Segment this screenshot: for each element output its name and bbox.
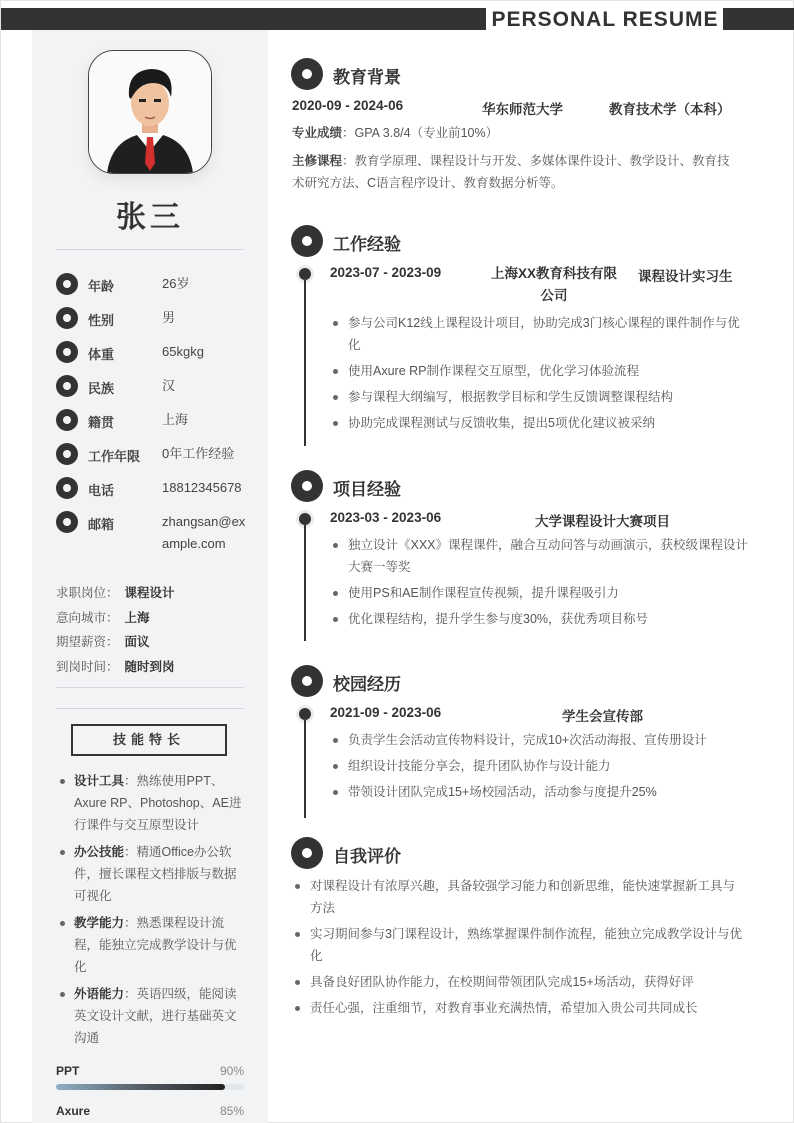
gpa-value: ：GPA 3.8/4（专业前10%） — [342, 126, 498, 140]
circle-dot-icon — [56, 341, 78, 363]
info-row-age: 年龄 26岁 — [56, 272, 256, 296]
divider — [56, 249, 244, 250]
skill-item: 教学能力：熟悉课程设计流程，能独立完成教学设计与优化 — [56, 912, 246, 978]
bullet-item: 实习期间参与3门课程设计，熟练掌握课件制作流程，能独立完成教学设计与优化 — [292, 923, 742, 967]
education-major: 教育技术学（本科） — [609, 98, 731, 118]
circle-dot-icon — [56, 273, 78, 295]
info-label: 民族 — [88, 378, 114, 397]
info-value: 26岁 — [162, 273, 252, 295]
skill-bar-track — [56, 1084, 244, 1090]
section-title: 校园经历 — [333, 670, 401, 695]
campus-org: 学生会宣传部 — [562, 705, 643, 725]
skill-bar-fill — [56, 1084, 225, 1090]
education-school: 华东师范大学 — [482, 98, 563, 118]
courses-value: ：教育学原理、课程设计与开发、多媒体课件设计、教学设计、教育技术研究方法、C语言… — [292, 154, 730, 190]
info-row-gender: 性别 男 — [56, 306, 256, 330]
avatar — [88, 50, 212, 174]
skill-key: 外语能力 — [74, 987, 124, 1001]
project-period: 2023-03 - 2023-06 — [330, 510, 441, 525]
skill-key: 设计工具 — [74, 774, 124, 788]
skill-bar-percent: 85% — [220, 1104, 244, 1118]
circle-dot-icon — [56, 477, 78, 499]
full-name: 张三 — [32, 192, 268, 236]
job-intent-value: 随时到岗 — [125, 660, 175, 674]
divider — [56, 687, 244, 688]
timeline-dot-icon — [299, 268, 311, 280]
bullet-item: 具备良好团队协作能力，在校期间带领团队完成15+场活动，获得好评 — [292, 971, 742, 993]
section-circle-icon — [291, 470, 323, 502]
avatar-portrait-icon — [89, 51, 211, 173]
job-intent-value: 面议 — [125, 635, 150, 649]
skill-bar-axure: Axure 85% — [56, 1104, 244, 1118]
skill-item: 外语能力：英语四级，能阅读英文设计文献，进行基础英文沟通 — [56, 983, 246, 1049]
job-intent-label: 期望薪资： — [56, 635, 119, 649]
header-bar-right — [723, 8, 794, 30]
circle-dot-icon — [56, 443, 78, 465]
project-bullets: 独立设计《XXX》课程课件，融合互动问答与动画演示，获校级课程设计大赛一等奖 使… — [330, 534, 750, 634]
timeline-line — [304, 280, 306, 446]
section-circle-icon — [291, 665, 323, 697]
job-intent-start-date: 到岗时间：随时到岗 — [56, 657, 175, 675]
job-intent-label: 求职岗位： — [56, 586, 119, 600]
bullet-item: 责任心强，注重细节，对教育事业充满热情，希望加入贵公司共同成长 — [292, 997, 742, 1019]
self-eval-bullets: 对课程设计有浓厚兴趣，具备较强学习能力和创新思维，能快速掌握新工具与方法 实习期… — [292, 875, 742, 1023]
sidebar: 张三 年龄 26岁 性别 男 体重 65kgkg 民族 汉 籍贯 上海 — [32, 30, 268, 1123]
skill-bar-name: PPT — [56, 1064, 79, 1078]
bullet-item: 对课程设计有浓厚兴趣，具备较强学习能力和创新思维，能快速掌握新工具与方法 — [292, 875, 742, 919]
bullet-item: 参与课程大纲编写，根据教学目标和学生反馈调整课程结构 — [330, 386, 750, 408]
bullet-item: 参与公司K12线上课程设计项目，协助完成3门核心课程的课件制作与优化 — [330, 312, 750, 356]
header-bar-left — [1, 8, 486, 30]
info-label: 电话 — [88, 480, 114, 499]
info-row-ethnicity: 民族 汉 — [56, 374, 256, 398]
info-label: 籍贯 — [88, 412, 114, 431]
gpa-label: 专业成绩 — [292, 126, 342, 140]
skill-key: 教学能力 — [74, 916, 124, 930]
bullet-item: 使用Axure RP制作课程交互原型，优化学习体验流程 — [330, 360, 750, 382]
bullet-item: 优化课程结构，提升学生参与度30%，获优秀项目称号 — [330, 608, 750, 630]
info-label: 性别 — [88, 310, 114, 329]
info-value: 65kgkg — [162, 341, 252, 363]
campus-period: 2021-09 - 2023-06 — [330, 705, 441, 720]
circle-dot-icon — [56, 307, 78, 329]
info-label: 体重 — [88, 344, 114, 363]
skill-bar-ppt: PPT 90% — [56, 1064, 244, 1078]
info-label: 年龄 — [88, 276, 114, 295]
work-period: 2023-07 - 2023-09 — [330, 265, 441, 280]
job-intent-salary: 期望薪资：面议 — [56, 632, 150, 650]
section-title: 自我评价 — [333, 842, 401, 867]
bullet-item: 协助完成课程测试与反馈收集，提出5项优化建议被采纳 — [330, 412, 750, 434]
work-company: 上海XX教育科技有限公司 — [490, 263, 618, 307]
project-name: 大学课程设计大赛项目 — [535, 510, 670, 530]
education-gpa: 专业成绩：GPA 3.8/4（专业前10%） — [292, 122, 742, 144]
timeline-dot-icon — [299, 513, 311, 525]
job-intent-position: 求职岗位：课程设计 — [56, 583, 175, 601]
info-label: 工作年限 — [88, 446, 140, 465]
work-bullets: 参与公司K12线上课程设计项目，协助完成3门核心课程的课件制作与优化 使用Axu… — [330, 312, 750, 438]
info-value: 汉 — [162, 375, 252, 397]
section-circle-icon — [291, 58, 323, 90]
education-courses: 主修课程：教育学原理、课程设计与开发、多媒体课件设计、教学设计、教育技术研究方法… — [292, 150, 742, 194]
work-role: 课程设计实习生 — [638, 265, 733, 285]
section-title: 项目经验 — [333, 475, 401, 500]
main-content: 教育背景 2020-09 - 2024-06 华东师范大学 教育技术学（本科） … — [268, 30, 768, 1123]
job-intent-value: 上海 — [125, 611, 150, 625]
circle-dot-icon — [56, 409, 78, 431]
skills-list: 设计工具：熟练使用PPT、Axure RP、Photoshop、AE进行课件与交… — [56, 770, 246, 1054]
section-title: 工作经验 — [333, 230, 401, 255]
info-value: 18812345678 — [162, 477, 252, 499]
skill-key: 办公技能 — [74, 845, 124, 859]
campus-bullets: 负责学生会活动宣传物料设计，完成10+次活动海报、宣传册设计 组织设计技能分享会… — [330, 729, 750, 807]
education-period: 2020-09 - 2024-06 — [292, 98, 403, 113]
bullet-item: 使用PS和AE制作课程宣传视频，提升课程吸引力 — [330, 582, 750, 604]
job-intent-city: 意向城市：上海 — [56, 608, 150, 626]
email-link[interactable]: zhangsan@example.com — [162, 511, 252, 555]
timeline-line — [304, 720, 306, 818]
skill-item: 办公技能：精通Office办公软件，擅长课程文档排版与数据可视化 — [56, 841, 246, 907]
info-row-phone: 电话 18812345678 — [56, 476, 256, 500]
bullet-item: 组织设计技能分享会，提升团队协作与设计能力 — [330, 755, 750, 777]
bullet-item: 负责学生会活动宣传物料设计，完成10+次活动海报、宣传册设计 — [330, 729, 750, 751]
resume-page: PERSONAL RESUME 张三 年龄 26岁 — [0, 0, 794, 1123]
timeline-line — [304, 525, 306, 641]
skill-bar-name: Axure — [56, 1104, 90, 1118]
timeline-dot-icon — [299, 708, 311, 720]
job-intent-label: 意向城市： — [56, 611, 119, 625]
info-value: 上海 — [162, 409, 252, 431]
skill-bar-percent: 90% — [220, 1064, 244, 1078]
section-circle-icon — [291, 225, 323, 257]
section-circle-icon — [291, 837, 323, 869]
skills-heading: 技能特长 — [71, 724, 227, 756]
bullet-item: 独立设计《XXX》课程课件，融合互动问答与动画演示，获校级课程设计大赛一等奖 — [330, 534, 750, 578]
info-label: 邮箱 — [88, 514, 114, 533]
info-row-email: 邮箱 zhangsan@example.com — [56, 510, 256, 534]
circle-dot-icon — [56, 375, 78, 397]
divider — [56, 708, 244, 709]
info-row-hometown: 籍贯 上海 — [56, 408, 256, 432]
section-title: 教育背景 — [333, 63, 401, 88]
info-row-experience-years: 工作年限 0年工作经验 — [56, 442, 256, 466]
skill-item: 设计工具：熟练使用PPT、Axure RP、Photoshop、AE进行课件与交… — [56, 770, 246, 836]
job-intent-value: 课程设计 — [125, 586, 175, 600]
info-row-weight: 体重 65kgkg — [56, 340, 256, 364]
bullet-item: 带领设计团队完成15+场校园活动，活动参与度提升25% — [330, 781, 750, 803]
job-intent-label: 到岗时间： — [56, 660, 119, 674]
circle-dot-icon — [56, 511, 78, 533]
info-value: 0年工作经验 — [162, 443, 252, 465]
courses-label: 主修课程 — [292, 154, 342, 168]
info-value: 男 — [162, 307, 252, 329]
